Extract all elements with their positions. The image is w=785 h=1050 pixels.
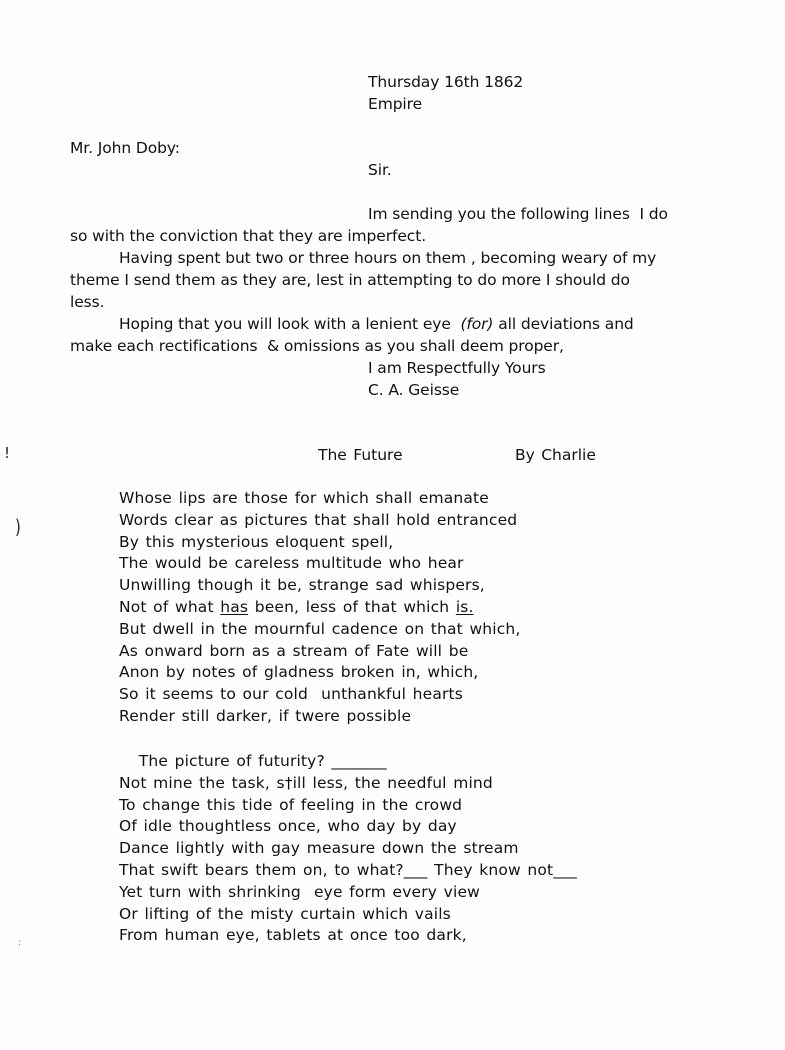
paragraph-3-line-2: make each rectifications & omissions as … xyxy=(70,336,564,356)
signature: C. A. Geisse xyxy=(368,380,459,400)
paragraph-1-line-1: Im sending you the following lines I do xyxy=(368,204,668,224)
poem-line: The picture of futurity? _______ xyxy=(119,751,387,771)
poem-line: But dwell in the mournful cadence on tha… xyxy=(119,619,520,639)
margin-mark-paren: ) xyxy=(15,515,21,538)
poem-line: As onward born as a stream of Fate will … xyxy=(119,641,468,661)
poem-line: To change this tide of feeling in the cr… xyxy=(119,795,462,815)
poem-line: That swift bears them on, to what?___ Th… xyxy=(119,860,577,880)
closing: I am Respectfully Yours xyxy=(368,358,546,378)
poem-byline: By Charlie xyxy=(515,445,596,465)
letter-date: Thursday 16th 1862 xyxy=(368,72,523,92)
poem-line: Anon by notes of gladness broken in, whi… xyxy=(119,662,478,682)
poem-text: Not of what xyxy=(119,598,220,616)
poem-line: So it seems to our cold unthankful heart… xyxy=(119,684,463,704)
underlined-word: is. xyxy=(456,598,474,616)
poem-line: Or lifting of the misty curtain which va… xyxy=(119,904,451,924)
paragraph-3-text-a: Hoping that you will look with a lenient… xyxy=(119,315,460,333)
poem-line: Render still darker, if twere possible xyxy=(119,706,411,726)
poem-line: Of idle thoughtless once, who day by day xyxy=(119,816,457,836)
poem-line: Not mine the task, s†ill less, the needf… xyxy=(119,773,493,793)
poem-line: Words clear as pictures that shall hold … xyxy=(119,510,517,530)
poem-line: Whose lips are those for which shall ema… xyxy=(119,488,489,508)
paragraph-3-line-1: Hoping that you will look with a lenient… xyxy=(119,314,634,334)
addressee: Mr. John Doby: xyxy=(70,138,180,158)
poem-line: Dance lightly with gay measure down the … xyxy=(119,838,519,858)
poem-line: Yet turn with shrinking eye form every v… xyxy=(119,882,480,902)
poem-text: been, less of that which xyxy=(248,598,456,616)
poem-line: By this mysterious eloquent spell, xyxy=(119,532,393,552)
paragraph-3-text-b: all deviations and xyxy=(493,315,633,333)
margin-mark-colon: : xyxy=(18,938,21,948)
scanned-letter-page: Thursday 16th 1862 Empire Mr. John Doby:… xyxy=(0,0,785,1050)
poem-line: Unwilling though it be, strange sad whis… xyxy=(119,575,485,595)
underlined-word: has xyxy=(220,598,248,616)
paragraph-1-line-2: so with the conviction that they are imp… xyxy=(70,226,426,246)
letter-place: Empire xyxy=(368,94,422,114)
margin-mark-exclamation: ! xyxy=(4,444,10,462)
paragraph-2-line-1: Having spent but two or three hours on t… xyxy=(119,248,656,268)
poem-title: The Future xyxy=(318,445,403,465)
paragraph-3-italic-for: (for) xyxy=(460,315,493,333)
poem-line: Not of what has been, less of that which… xyxy=(119,597,474,617)
paragraph-2-line-2: theme I send them as they are, lest in a… xyxy=(70,270,630,290)
poem-line: From human eye, tablets at once too dark… xyxy=(119,925,467,945)
salutation: Sir. xyxy=(368,160,392,180)
paragraph-2-line-3: less. xyxy=(70,292,104,312)
poem-line: The would be careless multitude who hear xyxy=(119,553,464,573)
